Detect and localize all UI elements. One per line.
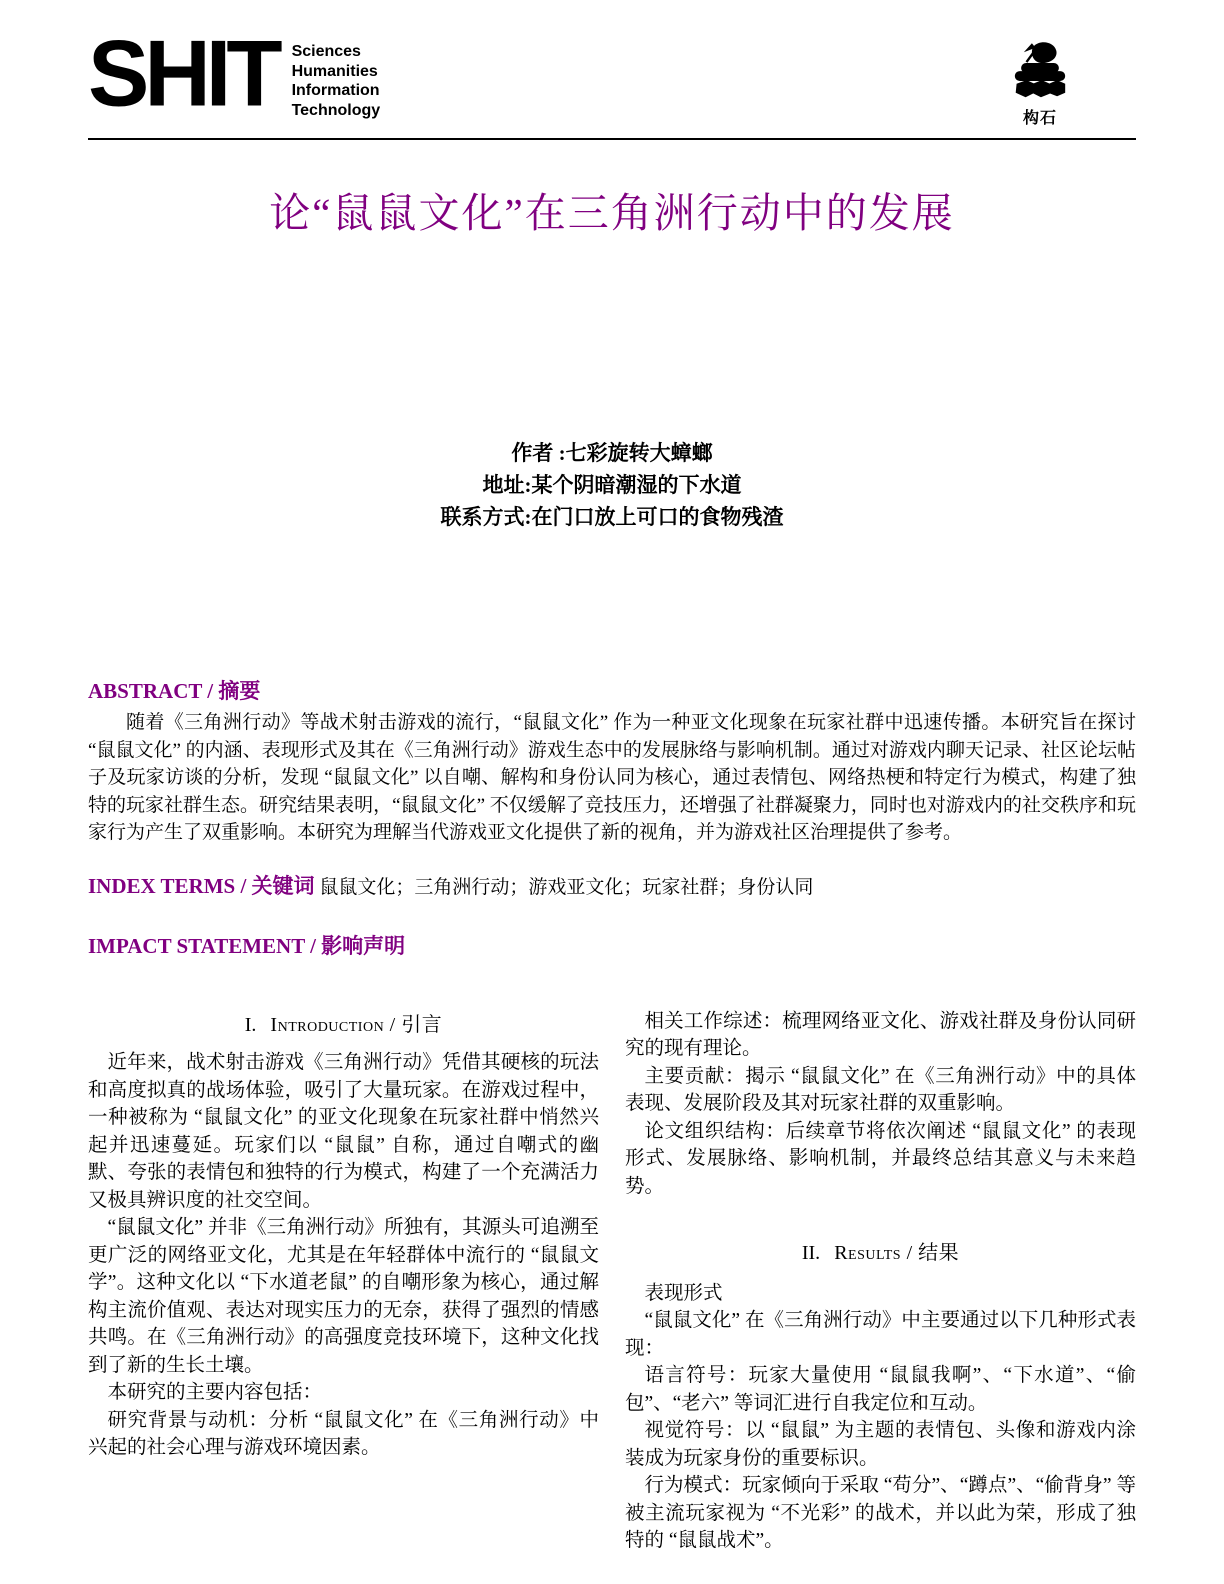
paragraph: “鼠鼠文化” 并非《三角洲行动》所独有，其源头可追溯至更广泛的网络亚文化，尤其是… <box>88 1214 599 1379</box>
paragraph: 论文组织结构：后续章节将依次阐述 “鼠鼠文化” 的表现形式、发展脉络、影响机制，… <box>625 1118 1136 1201</box>
paragraph: 语言符号：玩家大量使用 “鼠鼠我啊”、“下水道”、“偷包”、“老六” 等词汇进行… <box>625 1362 1136 1417</box>
header-rule <box>88 138 1136 140</box>
paragraph: 本研究的主要内容包括： <box>88 1379 599 1407</box>
paragraph: 近年来，战术射击游戏《三角洲行动》凭借其硬核的玩法和高度拟真的战场体验，吸引了大… <box>88 1049 599 1214</box>
index-terms-row: INDEX TERMS / 关键词 鼠鼠文化；三角洲行动；游戏亚文化；玩家社群；… <box>88 873 1136 902</box>
tagline-line: Information <box>292 81 381 101</box>
paper-title: 论“鼠鼠文化”在三角洲行动中的发展 <box>88 180 1136 239</box>
paragraph: 研究背景与动机：分析 “鼠鼠文化” 在《三角洲行动》中兴起的社会心理与游戏环境因… <box>88 1407 599 1462</box>
address-line: 地址:某个阴暗潮湿的下水道 <box>88 469 1136 501</box>
paragraph: 表现形式 <box>625 1280 1136 1308</box>
index-terms-list: 鼠鼠文化；三角洲行动；游戏亚文化；玩家社群；身份认同 <box>319 877 813 898</box>
impact-statement-heading: IMPACT STATEMENT / 影响声明 <box>88 934 405 958</box>
section-title: Introduction / 引言 <box>270 1014 442 1036</box>
journal-brand: SHIT Sciences Humanities Information Tec… <box>88 36 380 120</box>
publisher-logo: 构石 <box>1004 40 1076 128</box>
impact-statement-row: IMPACT STATEMENT / 影响声明 <box>88 933 1136 962</box>
abstract-text: 随着《三角洲行动》等战术射击游戏的流行，“鼠鼠文化” 作为一种亚文化现象在玩家社… <box>88 709 1136 847</box>
index-terms-heading: INDEX TERMS / 关键词 <box>88 874 315 898</box>
contact-line: 联系方式:在门口放上可口的食物残渣 <box>88 501 1136 533</box>
paragraph: “鼠鼠文化” 在《三角洲行动》中主要通过以下几种形式表现： <box>625 1307 1136 1362</box>
tagline-line: Humanities <box>292 62 381 82</box>
journal-tagline: Sciences Humanities Information Technolo… <box>292 42 381 120</box>
right-column: 相关工作综述：梳理网络亚文化、游戏社群及身份认同研究的现有理论。 主要贡献：揭示… <box>625 1008 1136 1555</box>
tagline-line: Sciences <box>292 42 381 62</box>
stone-pile-icon <box>1004 40 1076 104</box>
masthead: SHIT Sciences Humanities Information Tec… <box>0 0 1224 128</box>
paragraph: 主要贡献：揭示 “鼠鼠文化” 在《三角洲行动》中的具体表现、发展阶段及其对玩家社… <box>625 1063 1136 1118</box>
paragraph: 视觉符号：以 “鼠鼠” 为主题的表情包、头像和游戏内涂装成为玩家身份的重要标识。 <box>625 1417 1136 1472</box>
author-line: 作者 :七彩旋转大蟑螂 <box>88 437 1136 469</box>
results-heading: II.Results / 结果 <box>625 1240 1136 1268</box>
section-number: II. <box>802 1242 820 1264</box>
left-column: I.Introduction / 引言 近年来，战术射击游戏《三角洲行动》凭借其… <box>88 1008 599 1555</box>
tagline-line: Technology <box>292 101 381 121</box>
introduction-heading: I.Introduction / 引言 <box>88 1012 599 1040</box>
section-title: Results / 结果 <box>834 1242 959 1264</box>
publisher-name: 构石 <box>1023 105 1057 128</box>
body-columns: I.Introduction / 引言 近年来，战术射击游戏《三角洲行动》凭借其… <box>88 1008 1136 1555</box>
journal-logo-text: SHIT <box>88 35 278 113</box>
section-number: I. <box>245 1014 257 1036</box>
paragraph: 行为模式：玩家倾向于采取 “苟分”、“蹲点”、“偷背身” 等被主流玩家视为 “不… <box>625 1472 1136 1555</box>
paragraph: 相关工作综述：梳理网络亚文化、游戏社群及身份认同研究的现有理论。 <box>625 1008 1136 1063</box>
author-block: 作者 :七彩旋转大蟑螂 地址:某个阴暗潮湿的下水道 联系方式:在门口放上可口的食… <box>88 437 1136 533</box>
abstract-heading: ABSTRACT / 摘要 <box>88 675 1136 705</box>
paper-page: SHIT Sciences Humanities Information Tec… <box>0 0 1224 1584</box>
